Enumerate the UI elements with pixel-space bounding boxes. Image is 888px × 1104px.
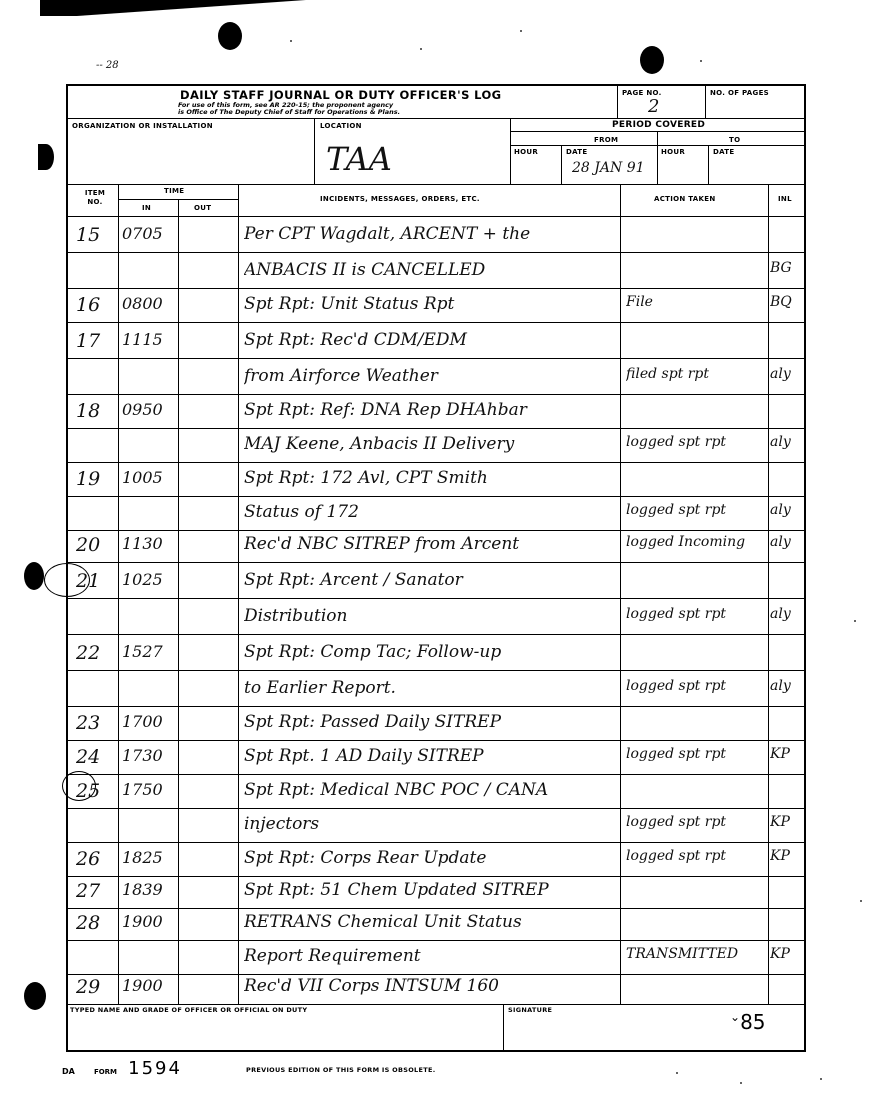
item-no-cell[interactable]: 23 xyxy=(76,712,116,734)
table-row[interactable]: Report RequirementTRANSMITTEDKP xyxy=(66,940,806,974)
signature-field[interactable] xyxy=(508,1016,728,1046)
incident-text-cell[interactable]: Spt Rpt. 1 AD Daily SITREP xyxy=(244,746,624,766)
divider xyxy=(705,84,706,118)
time-in-cell[interactable]: 1005 xyxy=(122,468,178,487)
form-number: 1594 xyxy=(128,1058,182,1079)
to-date-label: DATE xyxy=(713,148,734,156)
no-of-pages-label: NO. OF PAGES xyxy=(710,89,769,97)
from-date-value[interactable]: 28 JAN 91 xyxy=(572,160,645,176)
form-label: FORM xyxy=(94,1068,117,1076)
incident-text-cell[interactable]: Report Requirement xyxy=(244,946,624,966)
table-row[interactable]: ANBACIS II is CANCELLEDBG xyxy=(66,252,806,288)
initials-cell[interactable]: KP xyxy=(770,946,806,962)
scan-speck xyxy=(740,1082,742,1084)
item-no-cell[interactable]: 28 xyxy=(76,912,116,934)
action-taken-cell[interactable]: logged spt rpt xyxy=(626,678,772,694)
initials-cell[interactable]: aly xyxy=(770,366,806,382)
header-incidents: INCIDENTS, MESSAGES, ORDERS, ETC. xyxy=(320,195,480,203)
item-no-cell[interactable]: 20 xyxy=(76,534,116,556)
table-row[interactable]: 291900Rec'd VII Corps INTSUM 160 xyxy=(66,974,806,1004)
action-taken-cell[interactable]: TRANSMITTED xyxy=(626,946,772,962)
time-in-cell[interactable]: 1900 xyxy=(122,912,178,931)
incident-text-cell[interactable]: Per CPT Wagdalt, ARCENT + the xyxy=(244,224,624,244)
time-in-cell[interactable]: 1130 xyxy=(122,534,178,553)
table-row[interactable]: 271839Spt Rpt: 51 Chem Updated SITREP xyxy=(66,876,806,908)
scan-speck xyxy=(290,40,292,42)
incident-text-cell[interactable]: Spt Rpt: Medical NBC POC / CANA xyxy=(244,780,624,800)
incident-text-cell[interactable]: to Earlier Report. xyxy=(244,678,624,698)
incident-text-cell[interactable]: Rec'd NBC SITREP from Arcent xyxy=(244,534,624,554)
divider xyxy=(314,118,315,184)
item-no-cell[interactable]: 15 xyxy=(76,224,116,246)
incident-text-cell[interactable]: Spt Rpt: Arcent / Sanator xyxy=(244,570,624,590)
circled-item-21 xyxy=(44,563,90,597)
form-id: DA FORM 1594 xyxy=(62,1058,182,1079)
time-in-cell[interactable]: 1730 xyxy=(122,746,178,765)
to-hour-field[interactable] xyxy=(661,158,703,180)
action-taken-cell[interactable]: logged spt rpt xyxy=(626,746,772,762)
divider xyxy=(66,118,806,119)
initials-cell[interactable]: aly xyxy=(770,534,806,550)
action-taken-cell[interactable]: logged spt rpt xyxy=(626,848,772,864)
to-hour-label: HOUR xyxy=(661,148,685,156)
table-row[interactable]: 281900RETRANS Chemical Unit Status xyxy=(66,908,806,940)
header-initials: INL xyxy=(778,195,792,203)
signature-label: SIGNATURE xyxy=(508,1006,552,1014)
item-no-cell[interactable]: 22 xyxy=(76,642,116,664)
incident-text-cell[interactable]: from Airforce Weather xyxy=(244,366,624,386)
time-in-cell[interactable]: 1025 xyxy=(122,570,178,589)
item-no-cell[interactable]: 17 xyxy=(76,330,116,352)
action-taken-cell[interactable]: logged Incoming xyxy=(626,534,772,550)
time-in-cell[interactable]: 1700 xyxy=(122,712,178,731)
action-taken-cell[interactable]: logged spt rpt xyxy=(626,606,772,622)
initials-cell[interactable]: aly xyxy=(770,434,806,450)
table-row[interactable]: 221527Spt Rpt: Comp Tac; Follow-up xyxy=(66,634,806,670)
divider xyxy=(66,184,806,185)
incident-text-cell[interactable]: ANBACIS II is CANCELLED xyxy=(244,260,624,280)
from-hour-field[interactable] xyxy=(514,158,558,180)
scan-speck xyxy=(860,900,862,902)
incident-text-cell[interactable]: Spt Rpt: Rec'd CDM/EDM xyxy=(244,330,624,350)
scan-speck xyxy=(676,1072,678,1074)
incident-text-cell[interactable]: Spt Rpt: Comp Tac; Follow-up xyxy=(244,642,624,662)
header-time: TIME xyxy=(164,187,184,195)
table-row[interactable]: MAJ Keene, Anbacis II Deliverylogged spt… xyxy=(66,428,806,462)
time-in-cell[interactable]: 1900 xyxy=(122,976,178,995)
item-no-cell[interactable]: 19 xyxy=(76,468,116,490)
incident-text-cell[interactable]: Status of 172 xyxy=(244,502,624,522)
initials-cell[interactable]: KP xyxy=(770,746,806,762)
header-item-no: ITEM NO. xyxy=(78,189,112,207)
stamp-tick: ⌄ xyxy=(730,1010,740,1024)
from-date-label: DATE xyxy=(566,148,587,156)
table-row[interactable]: 191005Spt Rpt: 172 Avl, CPT Smith xyxy=(66,462,806,496)
initials-cell[interactable]: BQ xyxy=(770,294,806,310)
from-label: FROM xyxy=(594,136,618,144)
table-row[interactable]: 180950Spt Rpt: Ref: DNA Rep DHAhbar xyxy=(66,394,806,428)
scan-speck xyxy=(420,48,422,50)
location-label: LOCATION xyxy=(320,122,362,130)
incident-text-cell[interactable]: injectors xyxy=(244,814,624,834)
edition-note: PREVIOUS EDITION OF THIS FORM IS OBSOLET… xyxy=(246,1066,435,1074)
header-time-in: IN xyxy=(142,204,151,212)
incident-text-cell[interactable]: RETRANS Chemical Unit Status xyxy=(244,912,624,932)
punch-hole-left-lower xyxy=(24,982,46,1010)
incident-text-cell[interactable]: MAJ Keene, Anbacis II Delivery xyxy=(244,434,624,454)
scan-edge-shadow xyxy=(40,0,560,16)
location-value[interactable]: TAA xyxy=(326,140,392,178)
table-row[interactable]: Distributionlogged spt rptaly xyxy=(66,598,806,634)
time-in-cell[interactable]: 1115 xyxy=(122,330,178,349)
initials-cell[interactable]: aly xyxy=(770,606,806,622)
organization-label: ORGANIZATION OR INSTALLATION xyxy=(72,122,213,130)
item-no-cell[interactable]: 27 xyxy=(76,880,116,902)
initials-cell[interactable]: aly xyxy=(770,678,806,694)
punch-hole-left-upper xyxy=(38,144,54,170)
table-row[interactable]: 201130Rec'd NBC SITREP from Arcentlogged… xyxy=(66,530,806,562)
initials-cell[interactable]: KP xyxy=(770,848,806,864)
table-row[interactable]: 150705Per CPT Wagdalt, ARCENT + the xyxy=(66,216,806,252)
scan-speck xyxy=(520,30,522,32)
item-no-cell[interactable]: 29 xyxy=(76,976,116,998)
time-in-cell[interactable]: 0705 xyxy=(122,224,178,243)
divider xyxy=(510,145,806,146)
item-no-cell[interactable]: 16 xyxy=(76,294,116,316)
table-row[interactable]: 160800Spt Rpt: Unit Status RptFileBQ xyxy=(66,288,806,322)
initials-cell[interactable]: aly xyxy=(770,502,806,518)
initials-cell[interactable]: BG xyxy=(770,260,806,276)
top-scribble: -- 28 xyxy=(96,60,119,71)
form-subtitle-line2: is Office of The Deputy Chief of Staff f… xyxy=(178,109,400,116)
divider xyxy=(510,118,511,184)
incident-text-cell[interactable]: Spt Rpt: 51 Chem Updated SITREP xyxy=(244,880,624,900)
time-in-cell[interactable]: 1825 xyxy=(122,848,178,867)
table-row[interactable]: 251750Spt Rpt: Medical NBC POC / CANA xyxy=(66,774,806,808)
scan-speck xyxy=(820,1078,822,1080)
action-taken-cell[interactable]: logged spt rpt xyxy=(626,502,772,518)
to-label: TO xyxy=(729,136,740,144)
header-action-taken: ACTION TAKEN xyxy=(654,195,716,203)
organization-field[interactable] xyxy=(72,134,312,178)
time-in-cell[interactable]: 1527 xyxy=(122,642,178,661)
incident-text-cell[interactable]: Spt Rpt: Unit Status Rpt xyxy=(244,294,624,314)
divider xyxy=(617,84,618,118)
divider xyxy=(66,1004,806,1005)
table-row[interactable]: from Airforce Weatherfiled spt rptaly xyxy=(66,358,806,394)
initials-cell[interactable]: KP xyxy=(770,814,806,830)
table-row[interactable]: 241730Spt Rpt. 1 AD Daily SITREPlogged s… xyxy=(66,740,806,774)
item-no-cell[interactable]: 26 xyxy=(76,848,116,870)
action-taken-cell[interactable]: filed spt rpt xyxy=(626,366,772,382)
no-of-pages-field[interactable] xyxy=(710,100,800,116)
stamp-number-value: 85 xyxy=(740,1010,765,1034)
table-row[interactable]: Status of 172logged spt rptaly xyxy=(66,496,806,530)
incident-text-cell[interactable]: Spt Rpt: 172 Avl, CPT Smith xyxy=(244,468,624,488)
from-hour-label: HOUR xyxy=(514,148,538,156)
table-row[interactable]: 171115Spt Rpt: Rec'd CDM/EDM xyxy=(66,322,806,358)
circled-item-25 xyxy=(62,771,96,801)
scan-speck xyxy=(854,620,856,622)
form-title: DAILY STAFF JOURNAL OR DUTY OFFICER'S LO… xyxy=(180,88,502,102)
stamp-number: ⌄85 xyxy=(730,1010,766,1034)
action-taken-cell[interactable]: File xyxy=(626,294,772,310)
incident-text-cell[interactable]: Spt Rpt: Passed Daily SITREP xyxy=(244,712,624,732)
page-no-value[interactable]: 2 xyxy=(648,96,659,117)
scan-speck xyxy=(700,60,702,62)
table-row[interactable]: injectorslogged spt rptKP xyxy=(66,808,806,842)
incident-text-cell[interactable]: Distribution xyxy=(244,606,624,626)
typed-name-label: TYPED NAME AND GRADE OF OFFICER OR OFFIC… xyxy=(70,1006,307,1014)
table-row[interactable]: to Earlier Report.logged spt rptaly xyxy=(66,670,806,706)
time-in-cell[interactable]: 1750 xyxy=(122,780,178,799)
divider xyxy=(510,131,806,132)
to-date-field[interactable] xyxy=(713,158,801,180)
item-no-cell[interactable]: 24 xyxy=(76,746,116,768)
action-taken-cell[interactable]: logged spt rpt xyxy=(626,814,772,830)
incident-text-cell[interactable]: Rec'd VII Corps INTSUM 160 xyxy=(244,976,624,996)
incident-text-cell[interactable]: Spt Rpt: Corps Rear Update xyxy=(244,848,624,868)
table-row[interactable]: 231700Spt Rpt: Passed Daily SITREP xyxy=(66,706,806,740)
typed-name-field[interactable] xyxy=(70,1016,490,1046)
divider xyxy=(708,145,709,184)
divider xyxy=(503,1004,504,1052)
period-covered-label: PERIOD COVERED xyxy=(612,120,705,130)
form-prefix: DA xyxy=(62,1067,75,1076)
divider xyxy=(657,131,658,184)
time-in-cell[interactable]: 0950 xyxy=(122,400,178,419)
divider xyxy=(561,145,562,184)
header-time-out: OUT xyxy=(194,204,211,212)
punch-hole-top-left xyxy=(218,22,242,50)
item-no-cell[interactable]: 18 xyxy=(76,400,116,422)
table-row[interactable]: 261825Spt Rpt: Corps Rear Updatelogged s… xyxy=(66,842,806,876)
action-taken-cell[interactable]: logged spt rpt xyxy=(626,434,772,450)
punch-hole-left-middle xyxy=(24,562,44,590)
incident-text-cell[interactable]: Spt Rpt: Ref: DNA Rep DHAhbar xyxy=(244,400,624,420)
time-in-cell[interactable]: 0800 xyxy=(122,294,178,313)
table-row[interactable]: 211025Spt Rpt: Arcent / Sanator xyxy=(66,562,806,598)
time-in-cell[interactable]: 1839 xyxy=(122,880,178,899)
punch-hole-top-right xyxy=(640,46,664,74)
